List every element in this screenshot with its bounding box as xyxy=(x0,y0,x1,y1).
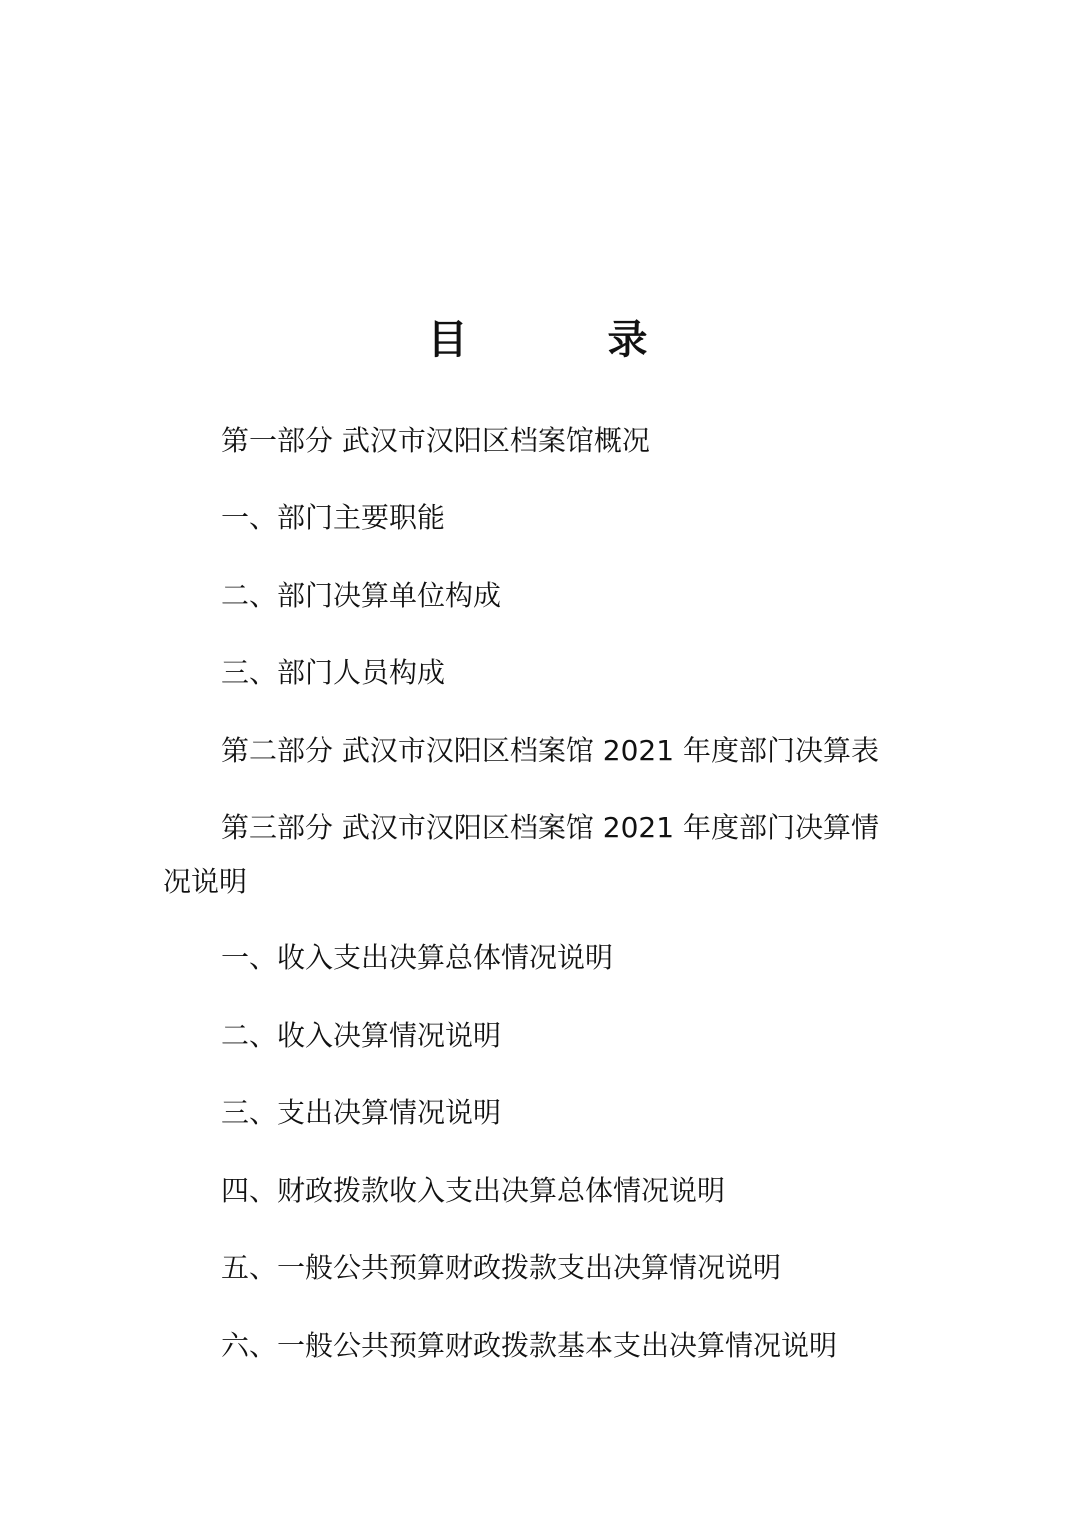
toc-part-3-continued: 况说明 xyxy=(163,862,247,902)
toc-part-2: 第二部分 武汉市汉阳区档案馆 2021 年度部门决算表 xyxy=(221,731,879,771)
toc-section-1-3: 三、部门人员构成 xyxy=(221,653,445,693)
toc-section-3-3: 三、支出决算情况说明 xyxy=(221,1093,501,1133)
toc-section-3-1: 一、收入支出决算总体情况说明 xyxy=(221,938,613,978)
toc-part-3: 第三部分 武汉市汉阳区档案馆 2021 年度部门决算情 xyxy=(221,808,879,848)
toc-section-1-1: 一、部门主要职能 xyxy=(221,498,445,538)
toc-section-3-5: 五、一般公共预算财政拨款支出决算情况说明 xyxy=(221,1248,781,1288)
toc-section-1-2: 二、部门决算单位构成 xyxy=(221,576,501,616)
toc-part-1: 第一部分 武汉市汉阳区档案馆概况 xyxy=(221,421,650,461)
page-title: 目 录 xyxy=(0,312,1075,368)
toc-section-3-4: 四、财政拨款收入支出决算总体情况说明 xyxy=(221,1171,725,1211)
toc-section-3-2: 二、收入决算情况说明 xyxy=(221,1016,501,1056)
toc-section-3-6: 六、一般公共预算财政拨款基本支出决算情况说明 xyxy=(221,1326,837,1366)
